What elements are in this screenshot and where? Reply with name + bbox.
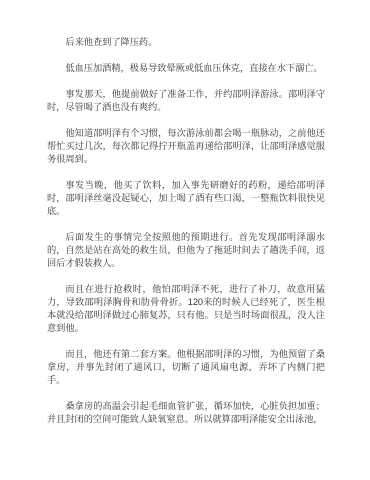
reader-page: 后来他查到了降压药。 低血压加酒精，极易导致晕厥或低血压休克，直接在水下溺亡。 … [0,0,370,480]
paragraph: 而且，他还有第二套方案。他根据邵明泽的习惯，为他预留了桑拿房，并事先封闭了通风口… [47,348,325,387]
paragraph: 桑拿房的高温会引起毛细血管扩张，循环加快，心脏负担加重；并且封闭的空间可能致人缺… [47,400,325,426]
paragraph: 事发当晚，他买了饮料，加入事先研磨好的药粉，递给邵明泽时，邵明泽丝毫没起疑心，加… [47,179,325,218]
paragraph: 而且在进行抢救时，他怕邵明泽不死，进行了补刀，故意用猛力，导致邵明泽胸骨和肋骨骨… [47,283,325,335]
paragraph: 事发那天，他提前做好了准备工作，并约邵明泽游泳。邵明泽守时，尽管喝了酒也没有爽约… [47,88,325,114]
paragraph: 他知道邵明泽有个习惯，每次游泳前都会喝一瓶脉动，之前他还帮忙买过几次，每次都记得… [47,127,325,166]
paragraph: 低血压加酒精，极易导致晕厥或低血压休克，直接在水下溺亡。 [47,62,325,75]
paragraph: 后来他查到了降压药。 [47,36,325,49]
text-body: 后来他查到了降压药。 低血压加酒精，极易导致晕厥或低血压休克，直接在水下溺亡。 … [47,36,325,426]
paragraph: 后面发生的事情完全按照他的预期进行。首先发现邵明泽溺水的，自然是站在高处的救生员… [47,231,325,270]
